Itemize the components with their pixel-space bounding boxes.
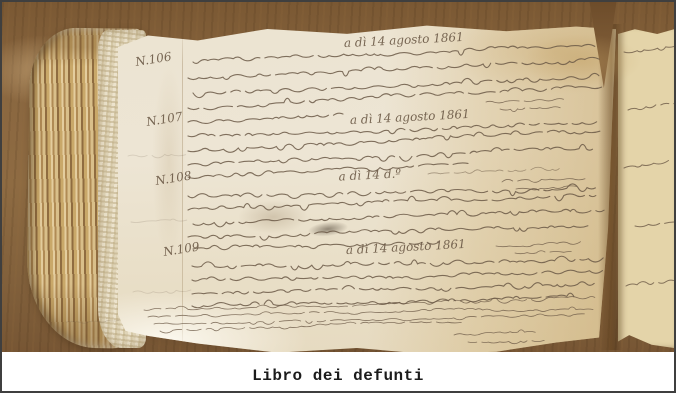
script-line bbox=[192, 282, 594, 294]
register-photo: N.106a dì 14 agosto 1861N.107a dì 14 ago… bbox=[2, 2, 674, 352]
script-line bbox=[188, 194, 596, 210]
entry-margin-number: N.107 bbox=[144, 109, 184, 129]
handwriting-overlay: N.106a dì 14 agosto 1861N.107a dì 14 ago… bbox=[2, 2, 674, 352]
screenshot-frame: N.106a dì 14 agosto 1861N.107a dì 14 ago… bbox=[0, 0, 676, 393]
facing-page-script bbox=[624, 161, 669, 169]
addendum-line bbox=[144, 297, 595, 311]
script-line bbox=[192, 256, 603, 270]
bleed-through-script bbox=[133, 290, 191, 293]
entry-date-heading: a dì 14 agosto 1861 bbox=[349, 107, 470, 127]
script-line bbox=[192, 293, 574, 308]
caption-text: Libro dei defunti bbox=[252, 367, 424, 385]
entry-date-heading: a dì 14 agosto 1861 bbox=[345, 237, 466, 257]
caption-bar: Libro dei defunti bbox=[2, 352, 674, 391]
script-line bbox=[188, 113, 343, 123]
signature-scribble bbox=[502, 179, 585, 183]
facing-page-script bbox=[628, 103, 674, 110]
entry-date-heading: a dì 14 d.º bbox=[338, 166, 402, 183]
script-line bbox=[428, 167, 559, 174]
signature-scribble bbox=[486, 99, 564, 103]
entry-margin-number: N.108 bbox=[153, 168, 193, 188]
signature-scribble bbox=[468, 340, 544, 343]
entry-date-heading: a dì 14 agosto 1861 bbox=[343, 30, 464, 50]
bleed-through-script bbox=[131, 219, 187, 223]
script-line bbox=[188, 86, 602, 110]
entry-margin-number: N.109 bbox=[161, 239, 201, 259]
facing-page-script bbox=[624, 45, 674, 53]
facing-page-script bbox=[626, 280, 674, 286]
script-line bbox=[188, 226, 588, 240]
script-line bbox=[188, 163, 468, 179]
signature-scribble bbox=[500, 107, 560, 112]
bleed-through-script bbox=[66, 320, 119, 323]
bleed-through-script bbox=[128, 154, 186, 157]
signature-scribble bbox=[454, 330, 535, 335]
script-line bbox=[188, 184, 595, 199]
script-line bbox=[192, 270, 602, 281]
facing-page-script bbox=[635, 222, 674, 227]
signature-scribble bbox=[496, 242, 581, 247]
script-line bbox=[193, 209, 604, 227]
signature-scribble bbox=[515, 251, 571, 254]
entry-margin-number: N.106 bbox=[133, 49, 173, 69]
